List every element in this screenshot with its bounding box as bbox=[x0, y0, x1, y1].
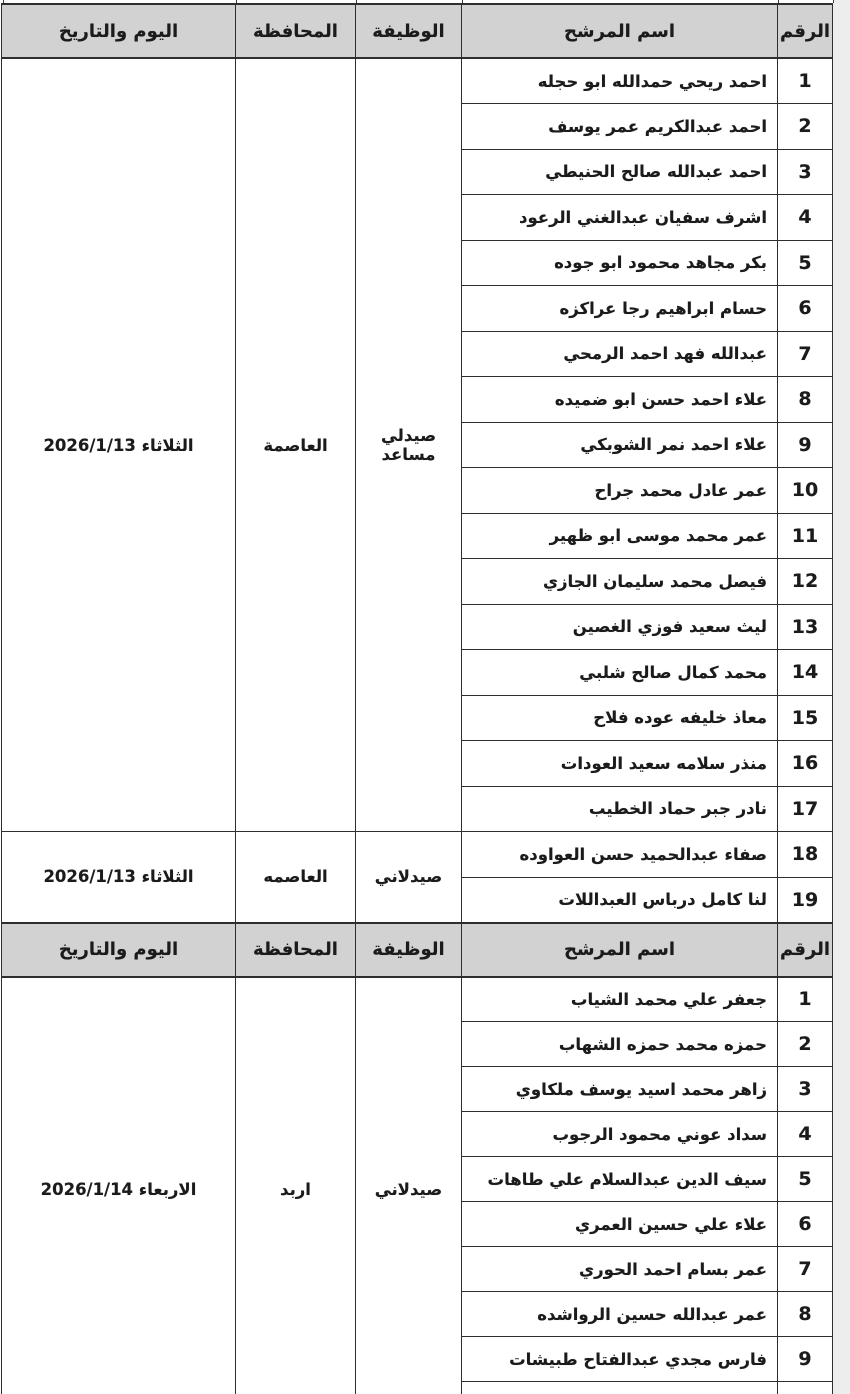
candidate-name: احمد عبدالله صالح الحنيطي bbox=[462, 149, 778, 195]
header-row-repeat: الرقم اسم المرشح الوظيفة المحافظة اليوم … bbox=[2, 923, 833, 977]
row-number: 12 bbox=[778, 559, 833, 605]
row-number: 8 bbox=[778, 1292, 833, 1337]
schedule-table-sheet: الرقم اسم المرشح الوظيفة المحافظة اليوم … bbox=[1, 3, 833, 1394]
header-candidate-name: اسم المرشح bbox=[462, 923, 778, 977]
candidate-name: معاذ خليفه عوده فلاح bbox=[462, 695, 778, 741]
date-cell: الاربعاء 2026/1/14 bbox=[2, 977, 236, 1394]
candidate-name: سيف الدين عبدالسلام علي طاهات bbox=[462, 1157, 778, 1202]
candidate-name: عمر محمد موسى ابو ظهير bbox=[462, 513, 778, 559]
governorate-cell: العاصمة bbox=[236, 58, 356, 832]
header-governorate: المحافظة bbox=[236, 4, 356, 58]
row-number: 15 bbox=[778, 695, 833, 741]
candidate-name: علاء احمد نمر الشوبكي bbox=[462, 422, 778, 468]
candidate-name: ليث سعيد فوزي الغصين bbox=[462, 604, 778, 650]
row-number: 10 bbox=[778, 468, 833, 514]
row-number: 4 bbox=[778, 195, 833, 241]
row-number: 2 bbox=[778, 104, 833, 150]
row-number: 7 bbox=[778, 1247, 833, 1292]
candidate-name: عمر بسام احمد الحوري bbox=[462, 1247, 778, 1292]
candidate-name: سداد عوني محمود الرجوب bbox=[462, 1112, 778, 1157]
candidate-name: عمر عادل محمد جراح bbox=[462, 468, 778, 514]
row-number: 16 bbox=[778, 741, 833, 787]
row-number: 5 bbox=[778, 1157, 833, 1202]
header-governorate: المحافظة bbox=[236, 923, 356, 977]
row-number: 7 bbox=[778, 331, 833, 377]
page-right-margin bbox=[833, 0, 850, 1394]
row-number: 11 bbox=[778, 513, 833, 559]
table-row: 18 صفاء عبدالحميد حسن العواوده صيدلاني ا… bbox=[2, 832, 833, 878]
row-number: 3 bbox=[778, 1067, 833, 1112]
header-row: الرقم اسم المرشح الوظيفة المحافظة اليوم … bbox=[2, 4, 833, 58]
header-date: اليوم والتاريخ bbox=[2, 923, 236, 977]
candidate-name: اشرف سفيان عبدالغني الرعود bbox=[462, 195, 778, 241]
row-number: 13 bbox=[778, 604, 833, 650]
row-number: 1 bbox=[778, 58, 833, 104]
job-cell: صيدلي مساعد bbox=[356, 58, 462, 832]
row-number bbox=[778, 1382, 833, 1394]
candidate-name: محمد كمال صالح شلبي bbox=[462, 650, 778, 696]
candidate-name bbox=[462, 1382, 778, 1394]
candidate-name: علاء علي حسين العمري bbox=[462, 1202, 778, 1247]
header-candidate-name: اسم المرشح bbox=[462, 4, 778, 58]
date-cell: الثلاثاء 2026/1/13 bbox=[2, 58, 236, 832]
row-number: 9 bbox=[778, 422, 833, 468]
candidate-name: علاء احمد حسن ابو ضميده bbox=[462, 377, 778, 423]
header-job: الوظيفة bbox=[356, 4, 462, 58]
header-date: اليوم والتاريخ bbox=[2, 4, 236, 58]
job-cell: صيدلاني bbox=[356, 977, 462, 1394]
candidate-name: عمر عبدالله حسين الرواشده bbox=[462, 1292, 778, 1337]
row-number: 3 bbox=[778, 149, 833, 195]
candidate-name: جعفر علي محمد الشياب bbox=[462, 977, 778, 1022]
candidate-name: نادر جبر حماد الخطيب bbox=[462, 786, 778, 832]
candidates-schedule-table: الرقم اسم المرشح الوظيفة المحافظة اليوم … bbox=[1, 3, 833, 1394]
candidate-name: فارس مجدي عبدالفتاح طبيشات bbox=[462, 1337, 778, 1382]
candidate-name: صفاء عبدالحميد حسن العواوده bbox=[462, 832, 778, 878]
table-row: 1 جعفر علي محمد الشياب صيدلاني اربد الار… bbox=[2, 977, 833, 1022]
job-cell: صيدلاني bbox=[356, 832, 462, 923]
row-number: 14 bbox=[778, 650, 833, 696]
candidate-name: احمد عبدالكريم عمر يوسف bbox=[462, 104, 778, 150]
row-number: 17 bbox=[778, 786, 833, 832]
row-number: 4 bbox=[778, 1112, 833, 1157]
governorate-cell: العاصمه bbox=[236, 832, 356, 923]
header-job: الوظيفة bbox=[356, 923, 462, 977]
candidate-name: منذر سلامه سعيد العودات bbox=[462, 741, 778, 787]
header-number: الرقم bbox=[778, 923, 833, 977]
date-cell: الثلاثاء 2026/1/13 bbox=[2, 832, 236, 923]
candidate-name: حسام ابراهيم رجا عراكزه bbox=[462, 286, 778, 332]
candidate-name: زاهر محمد اسيد يوسف ملكاوي bbox=[462, 1067, 778, 1112]
border-stub bbox=[833, 0, 834, 3]
row-number: 8 bbox=[778, 377, 833, 423]
row-number: 5 bbox=[778, 240, 833, 286]
candidate-name: عبدالله فهد احمد الرمحي bbox=[462, 331, 778, 377]
table-row: 1 احمد ريحي حمدالله ابو حجله صيدلي مساعد… bbox=[2, 58, 833, 104]
row-number: 1 bbox=[778, 977, 833, 1022]
header-number: الرقم bbox=[778, 4, 833, 58]
row-number: 9 bbox=[778, 1337, 833, 1382]
row-number: 2 bbox=[778, 1022, 833, 1067]
governorate-cell: اربد bbox=[236, 977, 356, 1394]
candidate-name: احمد ريحي حمدالله ابو حجله bbox=[462, 58, 778, 104]
row-number: 6 bbox=[778, 286, 833, 332]
candidate-name: بكر مجاهد محمود ابو جوده bbox=[462, 240, 778, 286]
row-number: 19 bbox=[778, 877, 833, 923]
candidate-name: لنا كامل درباس العبداللات bbox=[462, 877, 778, 923]
candidate-name: فيصل محمد سليمان الجازي bbox=[462, 559, 778, 605]
row-number: 6 bbox=[778, 1202, 833, 1247]
row-number: 18 bbox=[778, 832, 833, 878]
candidate-name: حمزه محمد حمزه الشهاب bbox=[462, 1022, 778, 1067]
